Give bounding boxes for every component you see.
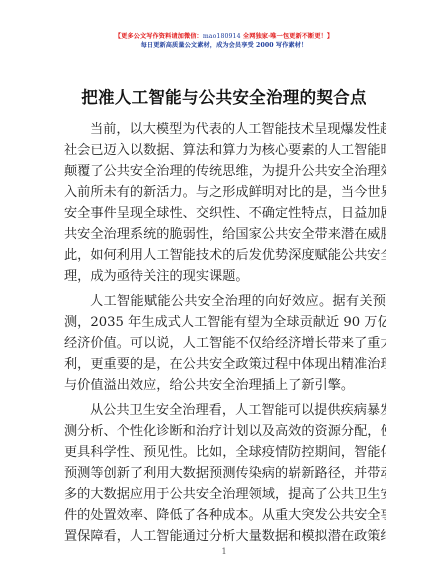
paragraph-2-line-3: 经济价值。可以说，人工智能不仅给经济增长带来了重大福	[64, 333, 386, 354]
paragraph-3-line-4: 预测等创新了利用大数据预测传染病的崭新路径，并带动了更	[64, 463, 386, 484]
paragraph-3-line-7: 置保障看，人工智能通过分析大量数据和模拟潜在政策结果，	[64, 526, 386, 547]
paragraph-1-line-2: 社会已迈入以数据、算法和算力为核心要素的人工智能时代，	[64, 140, 386, 161]
paragraph-3-line-5: 多的大数据应用于公共安全治理领域，提高了公共卫生安全事	[64, 484, 386, 505]
paragraph-2-line-1: 人工智能赋能公共安全治理的向好效应。据有关预	[64, 291, 386, 312]
document-body: 当前，以大模型为代表的人工智能技术呈现爆发性趋势， 社会已迈入以数据、算法和算力…	[64, 119, 386, 547]
promo-text-left: 【更多公文写作资料请加微信：	[115, 33, 203, 40]
paragraph-3-line-2: 测分析、个性化诊断和治疗计划以及高效的资源分配，使治理	[64, 421, 386, 442]
paragraph-3-line-3: 更具科学性、预见性。比如，全球疫情防控期间，智能化流感	[64, 442, 386, 463]
promo-wechat-id: mao180914	[203, 33, 241, 40]
paragraph-1-line-5: 安全事件呈现全球性、交织性、不确定性特点，日益加剧了公	[64, 203, 386, 224]
document-title: 把准人工智能与公共安全治理的契合点	[0, 88, 448, 108]
paragraph-1-line-8: 理，成为亟待关注的现实课题。	[64, 266, 386, 287]
paragraph-1-line-4: 入前所未有的新活力。与之形成鲜明对比的是，当今世界公共	[64, 182, 386, 203]
promo-banner-line-2: 每日更新高质量公文素材，成为会员享受 2000 写作素材！	[0, 42, 448, 50]
paragraph-3-line-6: 件的处置效率、降低了各种成本。从重大突发公共安全事件处	[64, 505, 386, 526]
document-page: 【更多公文写作资料请加微信：mao180914 全网独家·唯一包更新不断更！】 …	[0, 0, 448, 580]
promo-banner-line-1: 【更多公文写作资料请加微信：mao180914 全网独家·唯一包更新不断更！】	[0, 33, 448, 41]
promo-text-right: 全网独家·唯一包更新不断更！】	[243, 33, 333, 40]
paragraph-1-line-7: 此，如何利用人工智能技术的后发优势深度赋能公共安全治	[64, 245, 386, 266]
paragraph-2-line-4: 利，更重要的是，在公共安全政策过程中体现出精准治理优势	[64, 354, 386, 375]
paragraph-3-line-1: 从公共卫生安全治理看，人工智能可以提供疾病暴发的预	[64, 400, 386, 421]
page-number: 1	[0, 547, 448, 556]
paragraph-1-line-3: 颠覆了公共安全治理的传统思维，为提升公共安全治理效能注	[64, 161, 386, 182]
paragraph-2-line-5: 与价值溢出效应，给公共安全治理插上了新引擎。	[64, 375, 386, 396]
paragraph-1-line-1: 当前，以大模型为代表的人工智能技术呈现爆发性趋势，	[64, 119, 386, 140]
paragraph-2-line-2: 测，2035 年生成式人工智能有望为全球贡献近 90 万亿元的	[64, 312, 386, 333]
paragraph-1-line-6: 共安全治理系统的脆弱性，给国家公共安全带来潜在威胁。因	[64, 224, 386, 245]
